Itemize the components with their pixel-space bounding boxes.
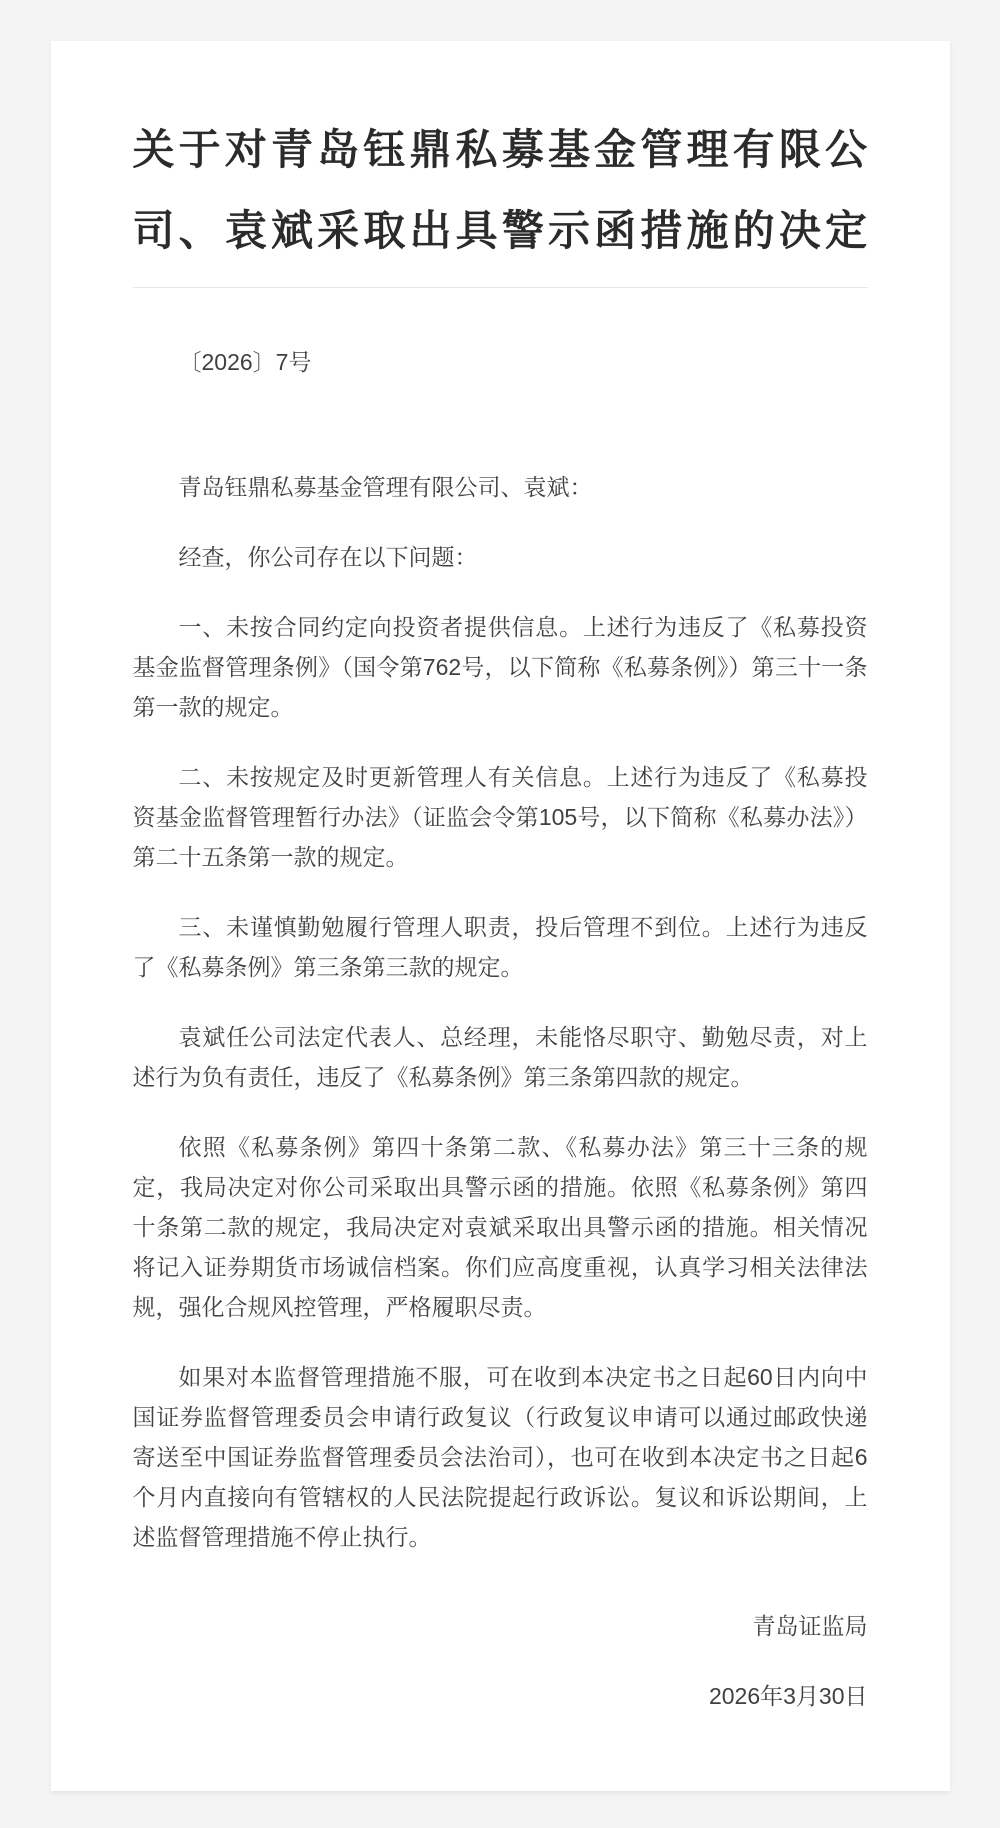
addressee-line: 青岛钰鼎私募基金管理有限公司、袁斌： bbox=[133, 467, 868, 507]
body-paragraph: 一、未按合同约定向投资者提供信息。上述行为违反了《私募投资基金监督管理条例》（国… bbox=[133, 607, 868, 727]
page-background: 关于对青岛钰鼎私募基金管理有限公司、袁斌采取出具警示函措施的决定 〔2026〕7… bbox=[0, 0, 1000, 1828]
issuer-signature: 青岛证监局 bbox=[133, 1606, 868, 1646]
body-paragraph: 三、未谨慎勤勉履行管理人职责，投后管理不到位。上述行为违反了《私募条例》第三条第… bbox=[133, 907, 868, 987]
body-paragraph: 袁斌任公司法定代表人、总经理，未能恪尽职守、勤勉尽责，对上述行为负有责任，违反了… bbox=[133, 1017, 868, 1097]
document-number: 〔2026〕7号 bbox=[133, 342, 868, 382]
title-divider bbox=[133, 287, 868, 288]
body-paragraph: 二、未按规定及时更新管理人有关信息。上述行为违反了《私募投资基金监督管理暂行办法… bbox=[133, 757, 868, 877]
document-title: 关于对青岛钰鼎私募基金管理有限公司、袁斌采取出具警示函措施的决定 bbox=[133, 109, 868, 271]
body-paragraph: 如果对本监督管理措施不服，可在收到本决定书之日起60日内向中国证券监督管理委员会… bbox=[133, 1357, 868, 1557]
body-paragraph: 经查，你公司存在以下问题： bbox=[133, 537, 868, 577]
issue-date: 2026年3月30日 bbox=[133, 1676, 868, 1716]
document-card: 关于对青岛钰鼎私募基金管理有限公司、袁斌采取出具警示函措施的决定 〔2026〕7… bbox=[51, 41, 950, 1791]
body-paragraph: 依照《私募条例》第四十条第二款、《私募办法》第三十三条的规定，我局决定对你公司采… bbox=[133, 1127, 868, 1327]
document-body: 经查，你公司存在以下问题：一、未按合同约定向投资者提供信息。上述行为违反了《私募… bbox=[133, 537, 868, 1557]
